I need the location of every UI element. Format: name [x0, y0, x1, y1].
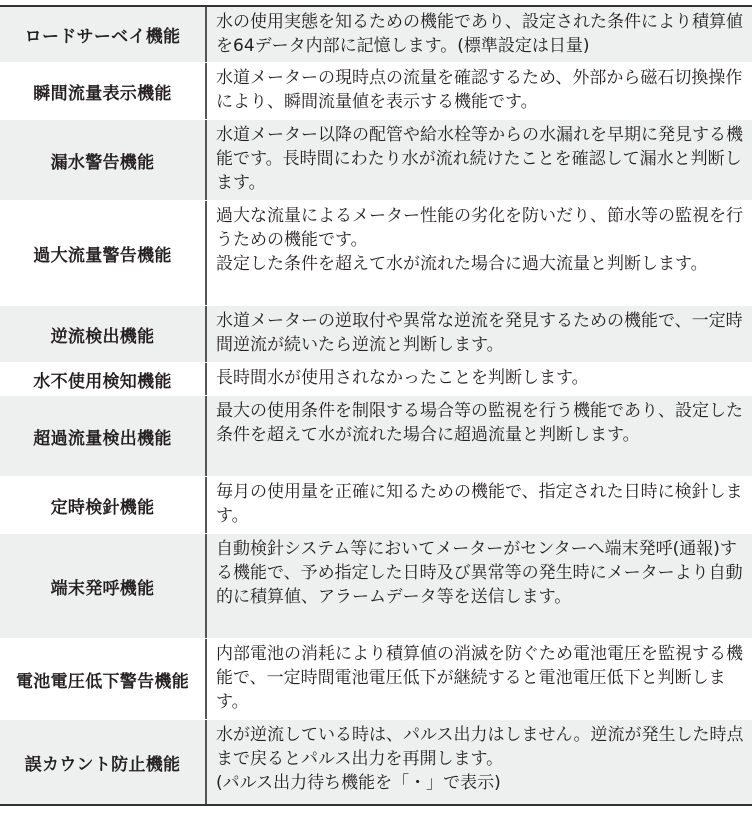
function-description: 水の使用実態を知るための機能であり、設定された条件により積算値を64データ内部に…: [207, 7, 752, 62]
table-row-low-battery-warning: 電池電圧低下警告機能 内部電池の消耗により積算値の消滅を防ぐため電池電圧を監視す…: [0, 639, 752, 720]
table-row-excess-flow-warning: 過大流量警告機能 過大な流量によるメーター性能の劣化を防いだり、節水等の監視を行…: [0, 201, 752, 306]
function-name: 誤カウント防止機能: [0, 720, 207, 804]
meter-function-table: ロードサーベイ機能 水の使用実態を知るための機能であり、設定された条件により積算…: [0, 5, 752, 806]
table-row-no-usage-detect: 水不使用検知機能 長時間水が使用されなかったことを判断します。: [0, 363, 752, 396]
table-row-backflow-detect: 逆流検出機能 水道メーターの逆取付や異常な逆流を発見するための機能で、一定時間逆…: [0, 306, 752, 363]
function-description: 過大な流量によるメーター性能の劣化を防いだり、節水等の監視を行うための機能です。…: [207, 201, 752, 305]
table-row-miscount-prevention: 誤カウント防止機能 水が逆流している時は、パルス出力はしません。逆流が発生した時…: [0, 720, 752, 804]
function-name: 端末発呼機能: [0, 534, 207, 638]
table-row-scheduled-reading: 定時検針機能 毎月の使用量を正確に知るための機能で、指定された日時に検針します。: [0, 477, 752, 534]
table-row-load-survey: ロードサーベイ機能 水の使用実態を知るための機能であり、設定された条件により積算…: [0, 7, 752, 63]
function-name: 逆流検出機能: [0, 306, 207, 362]
function-name: 漏水警告機能: [0, 120, 207, 200]
table-row-over-flow-detect: 超過流量検出機能 最大の使用条件を制限する場合等の監視を行う機能であり、設定した…: [0, 396, 752, 477]
table-row-terminal-call: 端末発呼機能 自動検針システム等においてメーターがセンターへ端末発呼(通報)する…: [0, 534, 752, 639]
function-name: 定時検針機能: [0, 477, 207, 533]
function-name: ロードサーベイ機能: [0, 7, 207, 62]
function-name: 電池電圧低下警告機能: [0, 639, 207, 719]
function-name: 超過流量検出機能: [0, 396, 207, 476]
function-description: 長時間水が使用されなかったことを判断します。: [207, 363, 752, 395]
function-name: 水不使用検知機能: [0, 363, 207, 395]
table-row-leak-warning: 漏水警告機能 水道メーター以降の配管や給水栓等からの水漏れを早期に発見する機能で…: [0, 120, 752, 201]
function-name: 過大流量警告機能: [0, 201, 207, 305]
function-description: 水道メーター以降の配管や給水栓等からの水漏れを早期に発見する機能です。長時間にわ…: [207, 120, 752, 200]
function-description: 水道メーターの逆取付や異常な逆流を発見するための機能で、一定時間逆流が続いたら逆…: [207, 306, 752, 362]
function-description: 毎月の使用量を正確に知るための機能で、指定された日時に検針します。: [207, 477, 752, 533]
function-name: 瞬間流量表示機能: [0, 63, 207, 119]
function-description: 水が逆流している時は、パルス出力はしません。逆流が発生した時点まで戻るとパルス出…: [207, 720, 752, 804]
function-description: 最大の使用条件を制限する場合等の監視を行う機能であり、設定した条件を超えて水が流…: [207, 396, 752, 476]
function-description: 自動検針システム等においてメーターがセンターへ端末発呼(通報)する機能で、予め指…: [207, 534, 752, 638]
function-description: 水道メーターの現時点の流量を確認するため、外部から磁石切換操作により、瞬間流量値…: [207, 63, 752, 119]
function-description: 内部電池の消耗により積算値の消滅を防ぐため電池電圧を監視する機能で、一定時間電池…: [207, 639, 752, 719]
table-row-instant-flow: 瞬間流量表示機能 水道メーターの現時点の流量を確認するため、外部から磁石切換操作…: [0, 63, 752, 120]
